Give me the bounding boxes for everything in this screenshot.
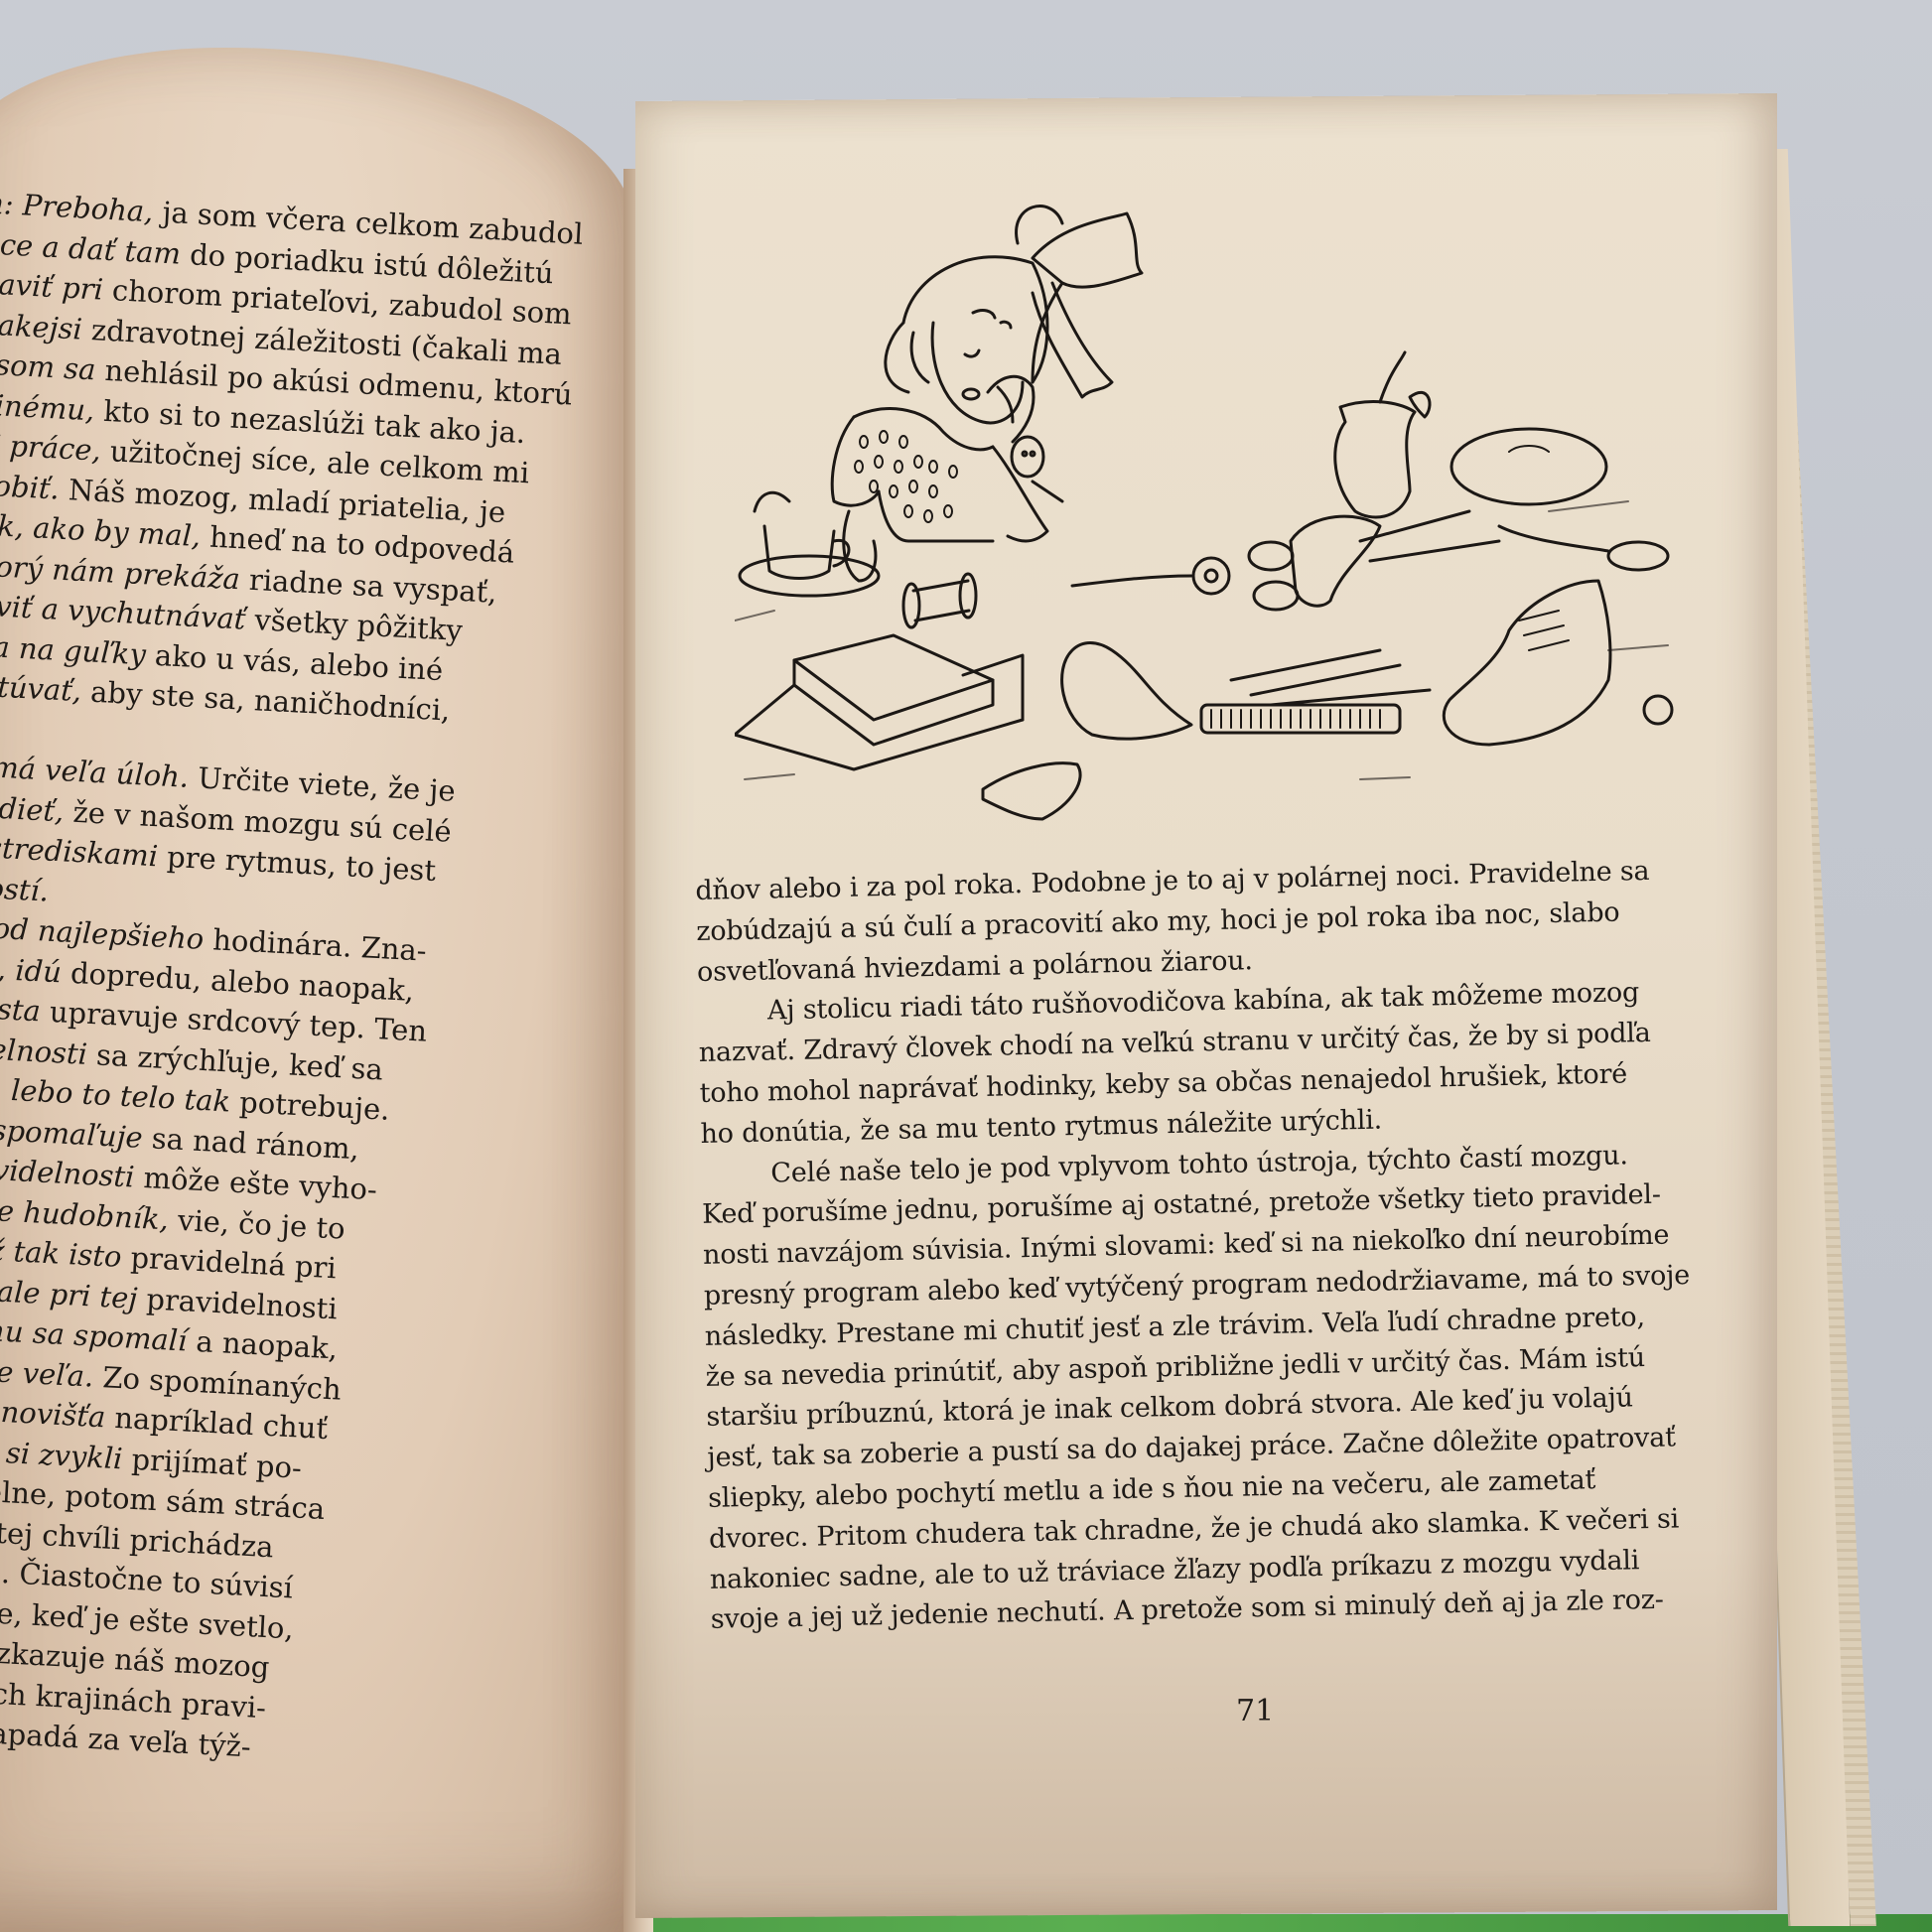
left-page: om: Preboha, ja som včera celkom zabudol…: [0, 48, 635, 1932]
hair-bow-icon: [1017, 207, 1142, 397]
page-number: 71: [1236, 1694, 1274, 1728]
bread-slice-icon: [983, 763, 1080, 819]
pear-icon: [1062, 643, 1191, 740]
shoe-icon: [1444, 581, 1610, 745]
polka-dots: [855, 431, 957, 522]
ring-icon: [1249, 542, 1293, 570]
croissant-icon: [1291, 516, 1380, 606]
comb-icon: [1201, 705, 1400, 733]
books-icon: [735, 635, 1023, 769]
photo-scene: om: Preboha, ja som včera celkom zabudol…: [0, 0, 1932, 1932]
round-cushion-icon: [1451, 429, 1606, 504]
flower-icon: [1072, 558, 1229, 594]
spoon-icon: [1499, 526, 1668, 570]
girl-with-objects-illustration-icon: [735, 184, 1708, 829]
button-icon: [1644, 696, 1672, 724]
vase-icon: [1335, 352, 1430, 517]
ring-icon: [1254, 582, 1298, 610]
left-page-text: om: Preboha, ja som včera celkom zabudol…: [0, 182, 555, 1779]
doll-icon: [1012, 437, 1062, 501]
right-page-text: dňov alebo i za pol roka. Podobne je to …: [695, 849, 1803, 1641]
thread-spool-icon: [903, 574, 976, 627]
